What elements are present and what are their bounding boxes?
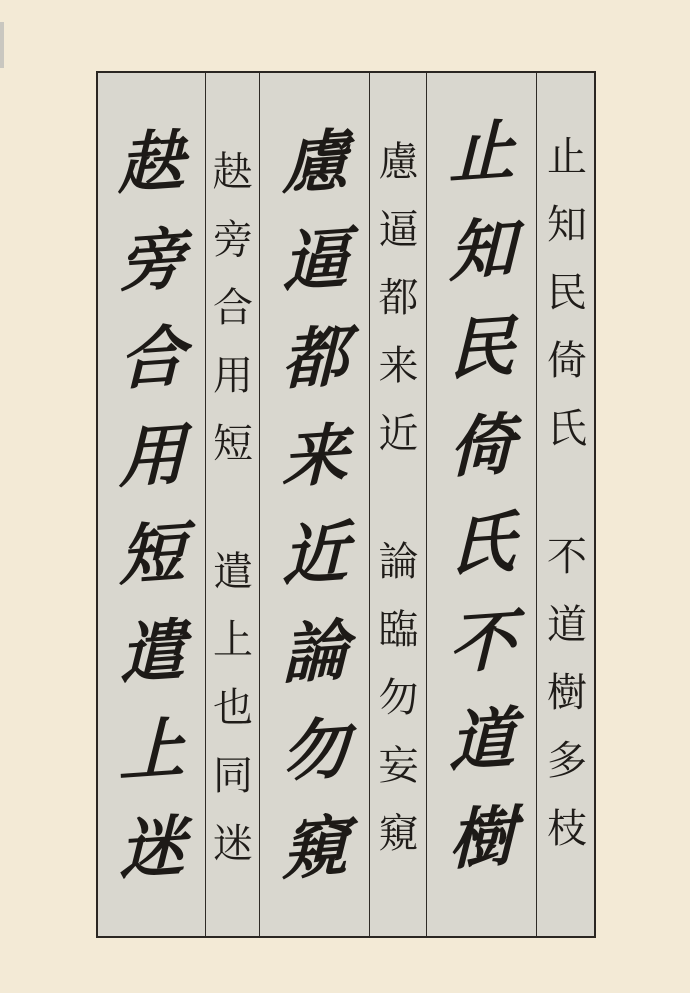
- annotation-char: 赽: [213, 138, 253, 206]
- cursive-char: 来: [282, 405, 348, 508]
- cursive-char: 勿: [282, 699, 348, 802]
- column-divider: [426, 73, 427, 936]
- annotation-char: 同: [213, 742, 253, 810]
- annotation-char: 迷: [213, 810, 253, 878]
- annotation-char: 遣: [213, 538, 253, 606]
- annotation-char: 用: [213, 342, 253, 410]
- page-edge-tab: [0, 22, 4, 68]
- annotation-char: 倚: [547, 327, 587, 395]
- cursive-char: 赽: [119, 111, 185, 214]
- annotation-char: 論: [379, 528, 419, 596]
- annotation-char: 勿: [379, 664, 419, 732]
- cursive-char: 道: [449, 689, 515, 792]
- cursive-char: 上: [119, 699, 185, 802]
- annotation-column-1: 止 知 民 倚 氏 不 道 樹 多 枝: [538, 73, 596, 936]
- cursive-char: 遣: [119, 601, 185, 704]
- annotation-char: 止: [547, 123, 587, 191]
- annotation-char: 短: [213, 410, 253, 478]
- annotation-char: 都: [379, 264, 419, 332]
- annotation-char: 妄: [379, 732, 419, 800]
- cursive-char: 倚: [449, 395, 515, 498]
- cursive-char: 止: [449, 101, 515, 204]
- annotation-char: 合: [213, 274, 253, 342]
- annotation-char: 知: [547, 191, 587, 259]
- annotation-char: 不: [547, 523, 587, 591]
- annotation-char: 民: [547, 259, 587, 327]
- annotation-char: 近: [379, 400, 419, 468]
- cursive-char: 窺: [282, 797, 348, 900]
- annotation-column-3: 赽 旁 合 用 短 遣 上 也 同 迷: [207, 73, 259, 936]
- cursive-char: 短: [119, 503, 185, 606]
- annotation-char: 也: [213, 674, 253, 742]
- annotation-char: 道: [547, 591, 587, 659]
- annotation-char: 氏: [547, 395, 587, 463]
- cursive-char: 氏: [449, 493, 515, 596]
- cursive-column-1: 止 知 民 倚 氏 不 道 樹: [428, 73, 536, 936]
- cursive-char: 用: [119, 405, 185, 508]
- cursive-column-2: 慮 逼 都 来 近 論 勿 窺: [261, 73, 369, 936]
- cursive-column-3: 赽 旁 合 用 短 遣 上 迷: [98, 73, 205, 936]
- cursive-char: 合: [119, 307, 185, 410]
- annotation-char: 旁: [213, 206, 253, 274]
- cursive-char: 不: [449, 591, 515, 694]
- cursive-char: 知: [449, 199, 515, 302]
- cursive-char: 近: [282, 503, 348, 606]
- annotation-char: 逼: [379, 196, 419, 264]
- column-divider: [369, 73, 370, 936]
- column-divider: [259, 73, 260, 936]
- annotation-char: 臨: [379, 596, 419, 664]
- annotation-char: 窺: [379, 800, 419, 868]
- cursive-char: 慮: [282, 111, 348, 214]
- cursive-char: 論: [282, 601, 348, 704]
- annotation-char: 来: [379, 332, 419, 400]
- cursive-char: 逼: [282, 209, 348, 312]
- column-divider: [205, 73, 206, 936]
- annotation-char: 多: [547, 727, 587, 795]
- cursive-char: 迷: [119, 797, 185, 900]
- cursive-char: 都: [282, 307, 348, 410]
- annotation-char: 枝: [547, 795, 587, 863]
- annotation-char: 上: [213, 606, 253, 674]
- annotation-column-2: 慮 逼 都 来 近 論 臨 勿 妄 窺: [371, 73, 426, 936]
- annotation-char: 樹: [547, 659, 587, 727]
- cursive-char: 樹: [449, 787, 515, 890]
- cursive-char: 旁: [119, 209, 185, 312]
- calligraphy-panel: 止 知 民 倚 氏 不 道 樹 多 枝 止 知 民 倚 氏 不 道 樹 慮 逼 …: [96, 71, 596, 938]
- column-divider: [536, 73, 537, 936]
- cursive-char: 民: [449, 297, 515, 400]
- annotation-char: 慮: [379, 128, 419, 196]
